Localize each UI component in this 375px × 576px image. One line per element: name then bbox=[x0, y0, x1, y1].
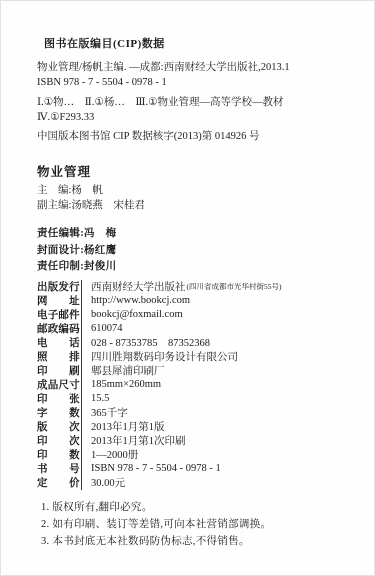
row-label: 邮政编码 bbox=[37, 321, 81, 336]
table-row-publisher: 出版发行 西南财经大学出版社(四川省成都市光华村街55号) bbox=[37, 280, 346, 294]
note-antifake: 3. 本书封底无本社数码防伪标志,不得销售。 bbox=[41, 533, 346, 550]
row-label: 电子邮件 bbox=[37, 307, 81, 322]
footer-notes: 1. 版权所有,翻印必究。 2. 如有印刷、装订等差错,可向本社营销部调换。 3… bbox=[41, 499, 346, 550]
row-label: 出版发行 bbox=[37, 279, 81, 294]
row-label: 字 数 bbox=[37, 405, 81, 420]
row-value: bookcj@foxmail.com bbox=[81, 308, 183, 322]
note-copyright: 1. 版权所有,翻印必究。 bbox=[41, 499, 346, 516]
row-value: 郫县犀浦印刷厂 bbox=[81, 364, 165, 378]
table-row-price: 定 价 30.00元 bbox=[37, 476, 346, 490]
table-row-printer: 印 刷 郫县犀浦印刷厂 bbox=[37, 364, 346, 378]
table-row-printrun: 印 数 1—2000册 bbox=[37, 448, 346, 462]
row-label: 定 价 bbox=[37, 475, 81, 490]
row-value: 15.5 bbox=[81, 392, 109, 406]
responsible-editor-line: 责任编辑:冯 梅 bbox=[37, 226, 346, 243]
row-label: 电 话 bbox=[37, 335, 81, 350]
row-value: 30.00元 bbox=[81, 476, 125, 490]
note-exchange: 2. 如有印刷、装订等差错,可向本社营销部调换。 bbox=[41, 516, 346, 533]
table-row-postcode: 邮政编码 610074 bbox=[37, 322, 346, 336]
table-row-impression: 印 次 2013年1月第1次印刷 bbox=[37, 434, 346, 448]
row-label: 印 张 bbox=[37, 391, 81, 406]
row-label: 印 数 bbox=[37, 447, 81, 462]
copyright-page: 图书在版编目(CIP)数据 物业管理/杨帆主编. —成都:西南财经大学出版社,2… bbox=[0, 0, 375, 576]
table-row-email: 电子邮件 bookcj@foxmail.com bbox=[37, 308, 346, 322]
table-row-sheets: 印 张 15.5 bbox=[37, 392, 346, 406]
row-value: 西南财经大学出版社(四川省成都市光华村街55号) bbox=[81, 280, 282, 294]
deputy-editor-line: 副主编:汤晓燕 宋桂君 bbox=[37, 198, 346, 213]
row-value: 2013年1月第1版 bbox=[81, 420, 165, 434]
table-row-edition: 版 次 2013年1月第1版 bbox=[37, 420, 346, 434]
row-value: 185mm×260mm bbox=[81, 378, 161, 392]
publisher-name: 西南财经大学出版社 bbox=[91, 279, 186, 294]
row-value: ISBN 978 - 7 - 5504 - 0978 - 1 bbox=[81, 462, 221, 476]
publisher-address: (四川省成都市光华村街55号) bbox=[187, 281, 282, 292]
staff-block: 责任编辑:冯 梅 封面设计:杨红鹰 责任印制:封俊川 bbox=[37, 226, 346, 276]
cip-heading: 图书在版编目(CIP)数据 bbox=[44, 37, 346, 51]
cip-isbn: ISBN 978 - 7 - 5504 - 0978 - 1 bbox=[37, 75, 346, 90]
row-label: 书 号 bbox=[37, 461, 81, 476]
table-row-size: 成品尺寸 185mm×260mm bbox=[37, 378, 346, 392]
table-row-typesetting: 照 排 四川胜翔数码印务设计有限公司 bbox=[37, 350, 346, 364]
cip-classification-line2: Ⅳ.①F293.33 bbox=[37, 110, 346, 125]
row-label: 印 次 bbox=[37, 433, 81, 448]
row-value: 1—2000册 bbox=[81, 448, 138, 462]
row-value: 028 - 87353785 87352368 bbox=[81, 336, 210, 350]
cip-description: 物业管理/杨帆主编. —成都:西南财经大学出版社,2013.1 bbox=[37, 60, 346, 75]
table-row-phone: 电 话 028 - 87353785 87352368 bbox=[37, 336, 346, 350]
cover-design-line: 封面设计:杨红鹰 bbox=[37, 243, 346, 260]
cip-classification-line1: Ⅰ.①物… Ⅱ.①杨… Ⅲ.①物业管理—高等学校—教材 bbox=[37, 95, 346, 110]
table-row-website: 网 址 http://www.bookcj.com bbox=[37, 294, 346, 308]
row-value: 610074 bbox=[81, 322, 123, 336]
table-row-wordcount: 字 数 365千字 bbox=[37, 406, 346, 420]
row-value: 2013年1月第1次印刷 bbox=[81, 434, 186, 448]
row-value: http://www.bookcj.com bbox=[81, 294, 190, 308]
table-row-isbn: 书 号 ISBN 978 - 7 - 5504 - 0978 - 1 bbox=[37, 462, 346, 476]
chief-editor-line: 主 编:杨 帆 bbox=[37, 183, 346, 198]
row-value: 四川胜翔数码印务设计有限公司 bbox=[81, 350, 238, 364]
print-supervisor-line: 责任印制:封俊川 bbox=[37, 259, 346, 276]
row-label: 照 排 bbox=[37, 349, 81, 364]
book-title: 物业管理 bbox=[37, 164, 346, 180]
row-label: 网 址 bbox=[37, 293, 81, 308]
page-content: 图书在版编目(CIP)数据 物业管理/杨帆主编. —成都:西南财经大学出版社,2… bbox=[1, 1, 374, 550]
row-value: 365千字 bbox=[81, 406, 128, 420]
row-label: 印 刷 bbox=[37, 363, 81, 378]
row-label: 成品尺寸 bbox=[37, 377, 81, 392]
cip-record-number: 中国版本图书馆 CIP 数据核字(2013)第 014926 号 bbox=[37, 129, 346, 144]
row-label: 版 次 bbox=[37, 419, 81, 434]
editor-block: 主 编:杨 帆 副主编:汤晓燕 宋桂君 bbox=[37, 183, 346, 213]
publication-table: 出版发行 西南财经大学出版社(四川省成都市光华村街55号) 网 址 http:/… bbox=[37, 280, 346, 490]
